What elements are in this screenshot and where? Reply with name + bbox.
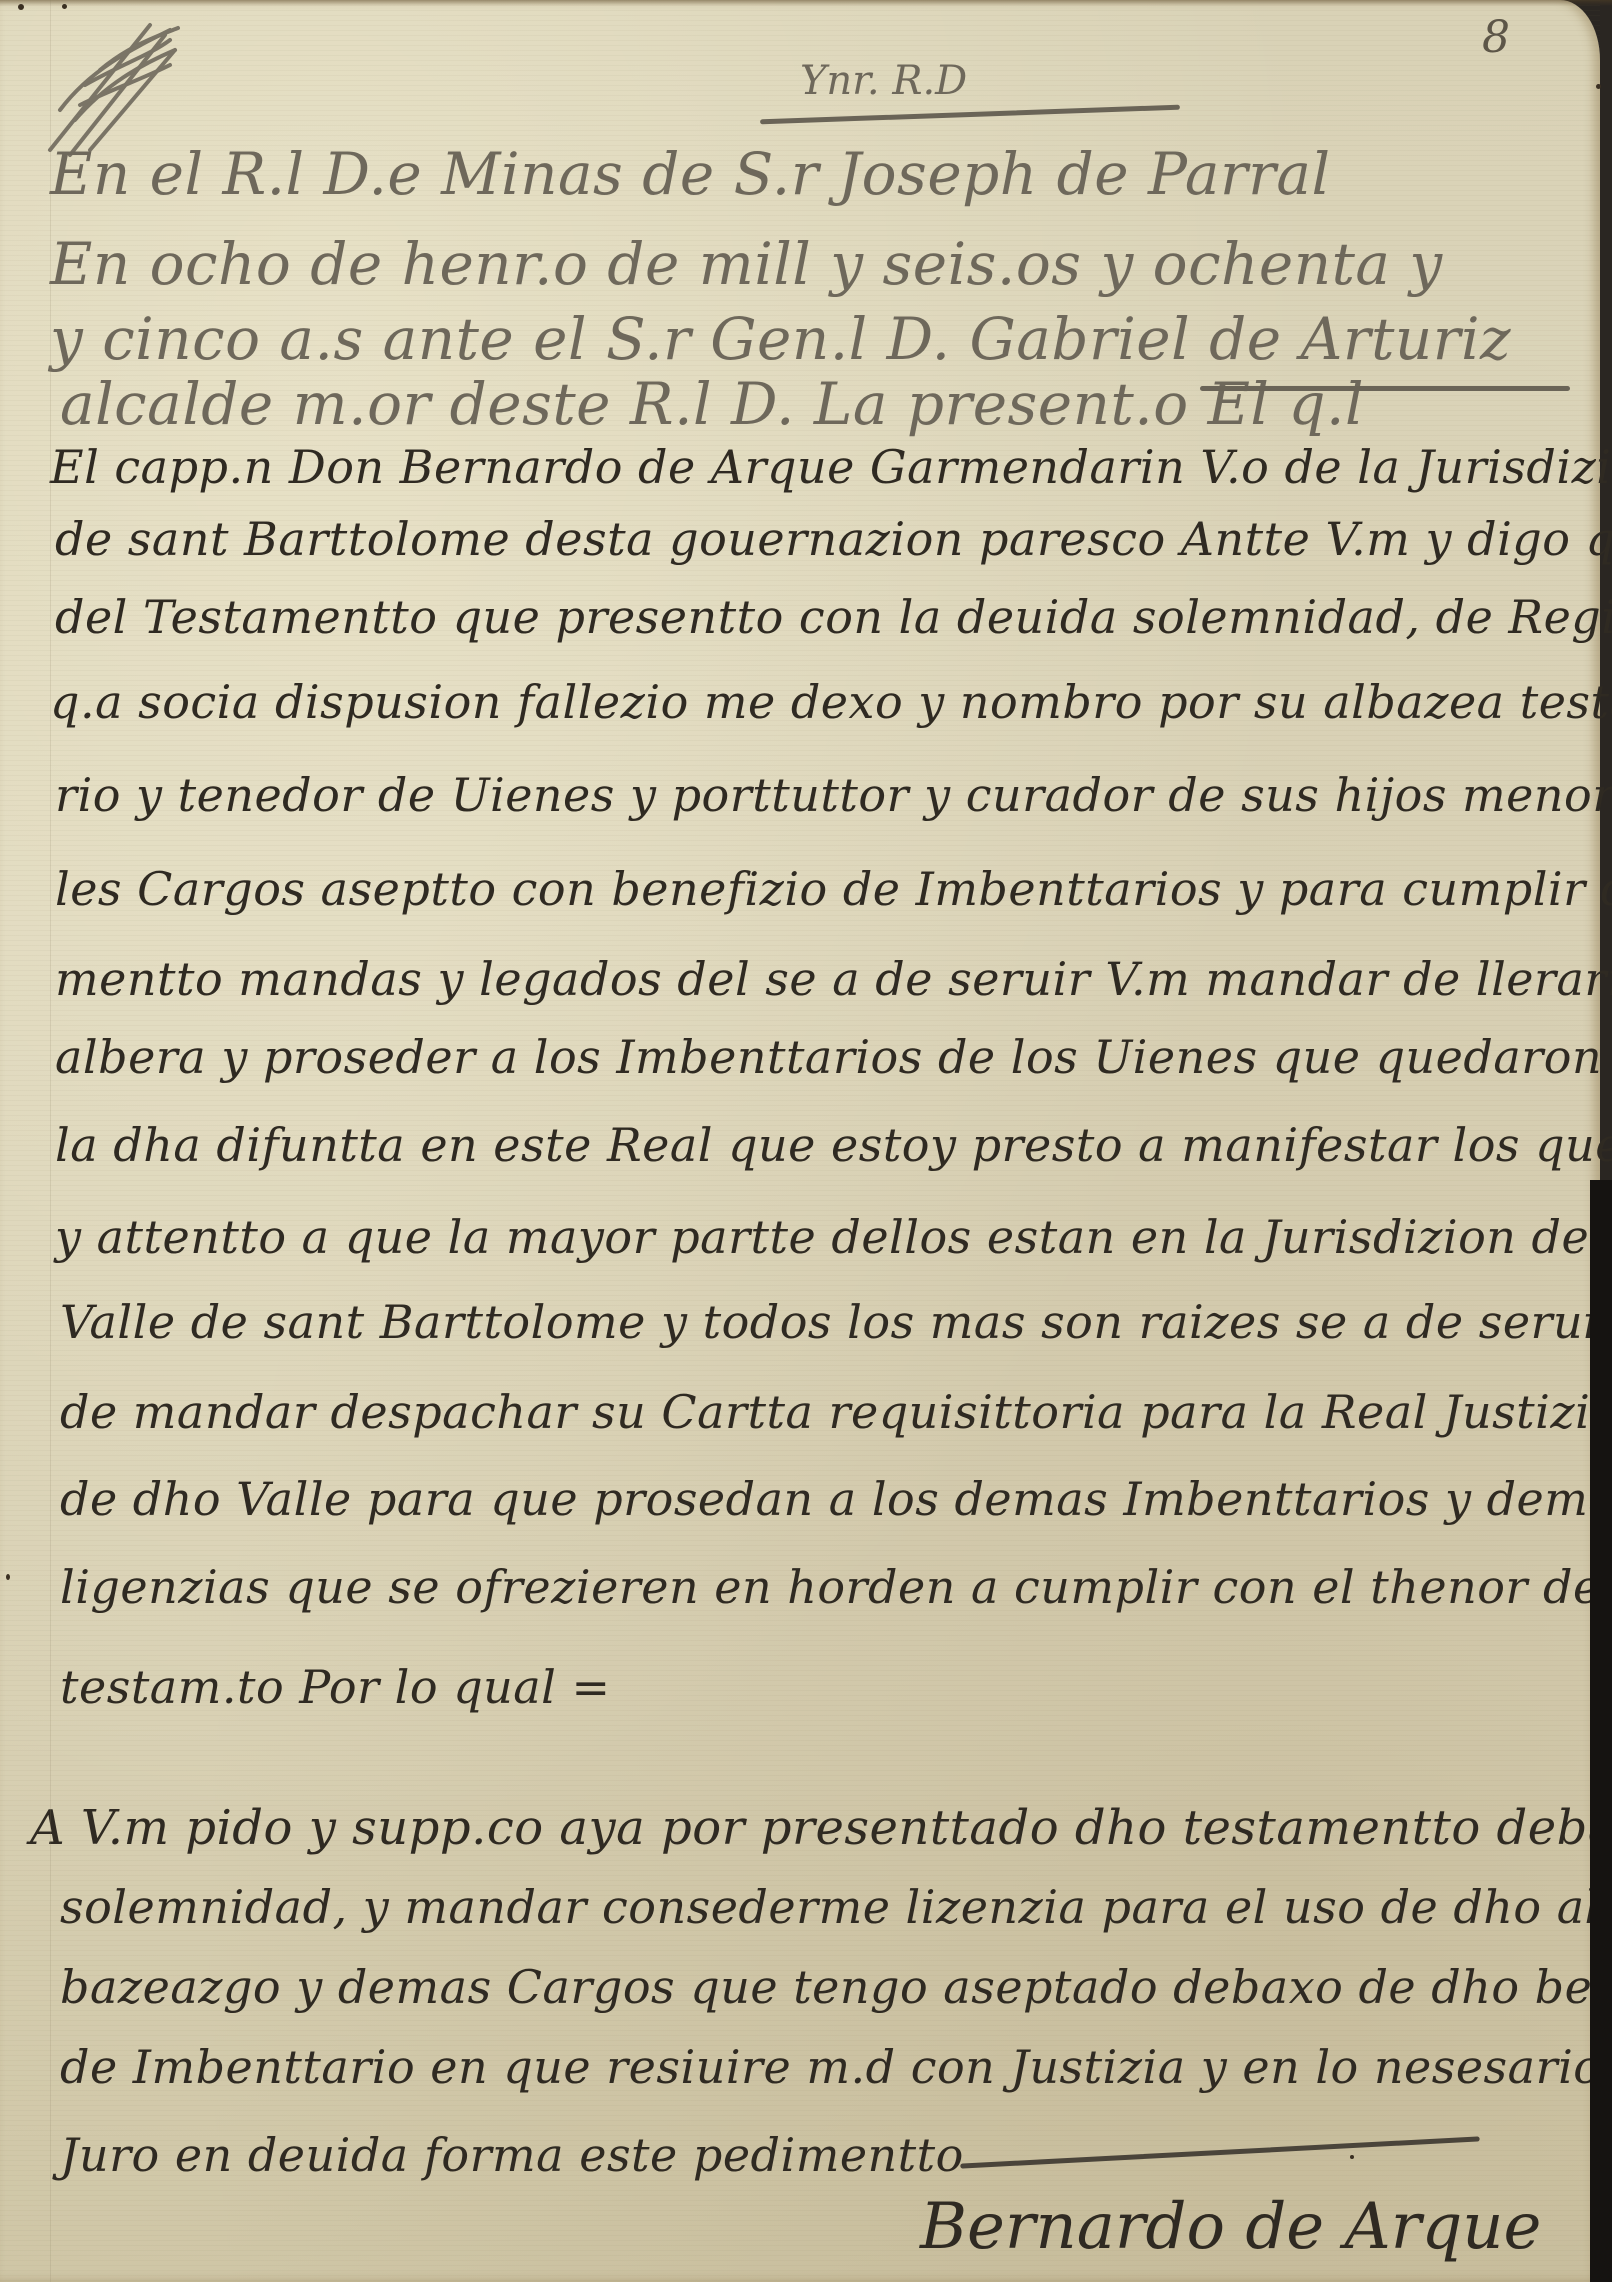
ink-speck	[1596, 84, 1601, 89]
header-line-4: alcalde m.or deste R.l D. La present.o E…	[60, 370, 1364, 438]
body-line-8: albera y proseder a los Imbenttarios de …	[55, 1030, 1612, 1084]
header-line-1: En el R.l D.e Minas de S.r Joseph de Par…	[50, 140, 1331, 208]
body-line-5: rio y tenedor de Uienes y porttuttor y c…	[55, 768, 1612, 822]
body-line-11: Valle de sant Barttolome y todos los mas…	[60, 1295, 1612, 1349]
header-end-rule	[1200, 386, 1570, 391]
signature: Bernardo de Arque	[920, 2190, 1541, 2264]
manuscript-page: 8 Ynr. R.D En el R.l D.e Minas de S.r Jo…	[0, 0, 1600, 2282]
body-line-6: les Cargos aseptto con benefizio de Imbe…	[55, 862, 1612, 916]
petition-line-5: Juro en deuida forma este pedimentto	[60, 2128, 964, 2182]
petition-line-3: bazeazgo y demas Cargos que tengo asepta…	[60, 1960, 1612, 2014]
body-line-13: de dho Valle para que prosedan a los dem…	[60, 1472, 1612, 1526]
body-line-2: de sant Barttolome desta gouernazion par…	[55, 512, 1612, 566]
ink-speck	[1350, 2155, 1354, 2159]
petition-line-1: A V.m pido y supp.co aya por presenttado…	[30, 1800, 1612, 1856]
body-line-9: la dha difuntta en este Real que estoy p…	[55, 1118, 1612, 1172]
petition-line-4: de Imbenttario en que resiuire m.d con J…	[60, 2040, 1612, 2094]
body-line-7: mentto mandas y legados del se a de seru…	[55, 952, 1612, 1006]
ink-speck	[6, 1574, 10, 1580]
header-annotation: Ynr. R.D	[800, 58, 967, 104]
body-line-10: y attentto a que la mayor partte dellos …	[55, 1210, 1612, 1264]
page-top-edge	[0, 0, 1612, 6]
body-line-12: de mandar despachar su Cartta requisitto…	[60, 1385, 1612, 1439]
annotation-underline	[760, 105, 1180, 125]
closing-rule	[960, 2136, 1480, 2168]
petition-line-2: solemnidad, y mandar consederme lizenzia…	[60, 1880, 1600, 1934]
body-line-14: ligenzias que se ofrezieren en horden a …	[60, 1560, 1612, 1614]
scribble-flourish-icon	[30, 10, 180, 160]
ink-speck	[18, 4, 24, 10]
body-line-15: testam.to Por lo qual =	[60, 1660, 611, 1714]
header-line-3: y cinco a.s ante el S.r Gen.l D. Gabriel…	[50, 305, 1511, 373]
body-line-1: El capp.n Don Bernardo de Arque Garmenda…	[50, 440, 1612, 494]
folio-number: 8	[1482, 12, 1510, 63]
body-line-3: del Testamentto que presentto con la deu…	[55, 590, 1612, 644]
body-line-4: q.a socia dispusion fallezio me dexo y n…	[50, 675, 1612, 729]
binding-edge	[1590, 1180, 1612, 2282]
ink-speck	[62, 4, 67, 9]
header-line-2: En ocho de henr.o de mill y seis.os y oc…	[50, 230, 1443, 298]
